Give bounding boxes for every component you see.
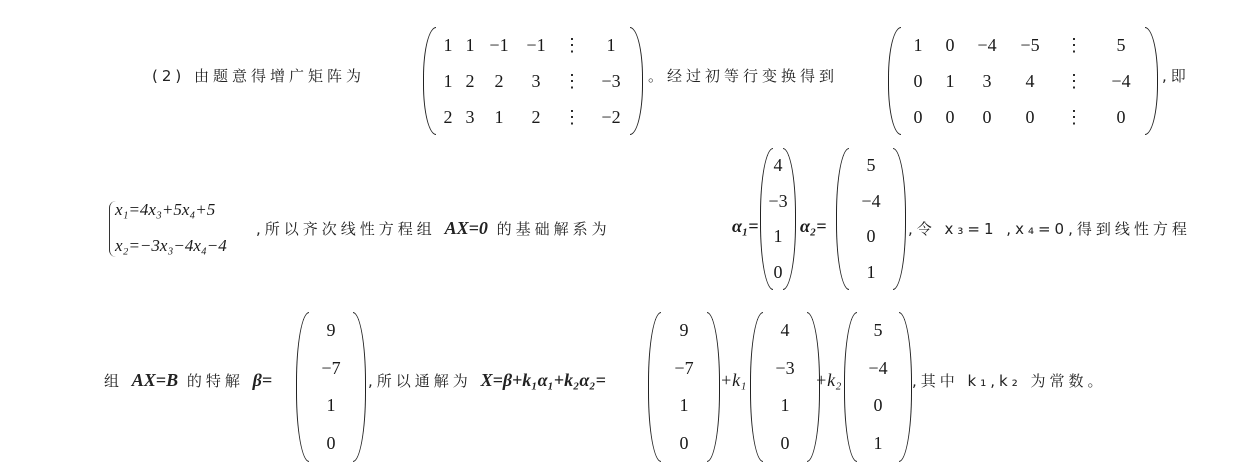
ie-text: ,即	[1162, 65, 1190, 86]
vector-entry: 1	[874, 433, 883, 454]
vector-entry: 0	[774, 262, 783, 283]
vector-grid: 4−310	[760, 148, 796, 290]
beta-label: β=	[253, 370, 272, 390]
matrix-cell: −4	[1111, 71, 1130, 92]
matrix-cell: 0	[1026, 107, 1035, 128]
vector-entry: −3	[775, 358, 794, 379]
vec3: 5−401	[844, 312, 912, 462]
matrix-cell: 1	[495, 107, 504, 128]
vector-entry: −4	[868, 358, 887, 379]
vector-grid: 9−710	[648, 312, 720, 462]
matrix-cell: 3	[983, 71, 992, 92]
matrix-cell: 0	[1117, 107, 1126, 128]
matrix-cell: 3	[532, 71, 541, 92]
vector-entry: 0	[327, 433, 336, 454]
general-solution: X=β+k₁α₁+k₂α₂=	[481, 370, 606, 390]
vector-entry: 5	[867, 155, 876, 176]
matrix-cell: −1	[489, 35, 508, 56]
homogeneous-text: ,所以齐次线性方程组 AX=0 的基础解系为	[256, 218, 611, 239]
matrix-cell: ⋮	[1065, 107, 1083, 128]
vector-entry: 4	[781, 320, 790, 341]
matrix-cell: 4	[1026, 71, 1035, 92]
matrix-cell: 0	[946, 35, 955, 56]
matrix-cell: 0	[914, 71, 923, 92]
matrix-cell: 1	[444, 35, 453, 56]
beta-vector: 9−710	[296, 312, 366, 462]
k1-coef: +k₁	[720, 370, 746, 391]
part-label: (2) 由题意得增广矩阵为	[152, 65, 365, 86]
vector-grid: 5−401	[836, 148, 906, 290]
matrix-cell: 1	[914, 35, 923, 56]
vector-entry: −7	[321, 358, 340, 379]
equation-1: x₁=4x₃+5x₄+5	[115, 200, 215, 220]
system-ax0: AX=0	[445, 218, 488, 238]
vector-entry: 1	[781, 395, 790, 416]
transform-text: 。经过初等行变换得到	[648, 65, 838, 86]
matrix-cell: −1	[526, 35, 545, 56]
k2-coef: +k₂	[815, 370, 841, 391]
alpha2-label: α₂=	[800, 216, 827, 237]
matrix-cell: 2	[466, 71, 475, 92]
matrix-grid: 11−1−1⋮11223⋮−32312⋮−2	[423, 27, 643, 135]
vector-entry: 1	[774, 226, 783, 247]
vector-grid: 5−401	[844, 312, 912, 462]
vector-entry: 9	[680, 320, 689, 341]
vector-entry: −7	[674, 358, 693, 379]
alpha2-vector: 5−401	[836, 148, 906, 290]
matrix-cell: ⋮	[563, 107, 581, 128]
system-axb: AX=B	[132, 370, 178, 390]
alpha1-vector: 4−310	[730, 148, 796, 290]
vector-grid: 9−710	[296, 312, 366, 462]
vector-entry: −4	[861, 191, 880, 212]
matrix-cell: 1	[607, 35, 616, 56]
augmented-matrix: 11−1−1⋮11223⋮−32312⋮−2	[423, 27, 643, 135]
matrix-cell: 2	[495, 71, 504, 92]
vector-entry: 1	[327, 395, 336, 416]
vector-entry: 0	[680, 433, 689, 454]
matrix-cell: ⋮	[1065, 35, 1083, 56]
matrix-cell: ⋮	[1065, 71, 1083, 92]
vector-entry: −3	[768, 191, 787, 212]
intro-text: 由题意得增广矩阵为	[194, 67, 365, 85]
vector-grid: 4−310	[750, 312, 820, 462]
let-text: ,令 x₃=1 ,x₄=0,得到线性方程	[908, 218, 1191, 239]
particular-text: 组 AX=B 的特解 β=	[104, 370, 272, 391]
text: 的特解	[187, 372, 244, 390]
text: ,所以齐次线性方程组	[256, 220, 436, 238]
matrix-cell: 1	[466, 35, 475, 56]
matrix-cell: ⋮	[563, 35, 581, 56]
vector-entry: 0	[874, 395, 883, 416]
vec2: 4−310	[750, 312, 820, 462]
equation-2: x₂=−3x₃−4x₄−4	[115, 236, 227, 256]
matrix-cell: 1	[444, 71, 453, 92]
constants-text: ,其中 k₁,k₂ 为常数。	[912, 370, 1106, 391]
reduced-matrix: 10−4−5⋮50134⋮−40000⋮0	[888, 27, 1158, 135]
text: ,所以通解为	[368, 372, 472, 390]
matrix-cell: ⋮	[563, 71, 581, 92]
matrix-cell: 0	[983, 107, 992, 128]
matrix-cell: −5	[1020, 35, 1039, 56]
vector-entry: 0	[867, 226, 876, 247]
matrix-cell: 2	[532, 107, 541, 128]
vector-entry: 9	[327, 320, 336, 341]
vec1: 9−710	[648, 312, 720, 462]
matrix-cell: 5	[1117, 35, 1126, 56]
vector-entry: 4	[774, 155, 783, 176]
vector-entry: 1	[680, 395, 689, 416]
general-text: ,所以通解为 X=β+k₁α₁+k₂α₂=	[368, 370, 606, 391]
text: 的基础解系为	[497, 220, 611, 238]
matrix-cell: 3	[466, 107, 475, 128]
matrix-cell: 0	[914, 107, 923, 128]
matrix-cell: −3	[601, 71, 620, 92]
matrix-cell: 1	[946, 71, 955, 92]
matrix-cell: −4	[977, 35, 996, 56]
matrix-grid: 10−4−5⋮50134⋮−40000⋮0	[888, 27, 1158, 135]
vector-entry: 5	[874, 320, 883, 341]
vector-entry: 0	[781, 433, 790, 454]
matrix-cell: 0	[946, 107, 955, 128]
matrix-cell: 2	[444, 107, 453, 128]
text: 组	[104, 372, 123, 390]
part-number: (2)	[152, 67, 185, 85]
matrix-cell: −2	[601, 107, 620, 128]
vector-entry: 1	[867, 262, 876, 283]
